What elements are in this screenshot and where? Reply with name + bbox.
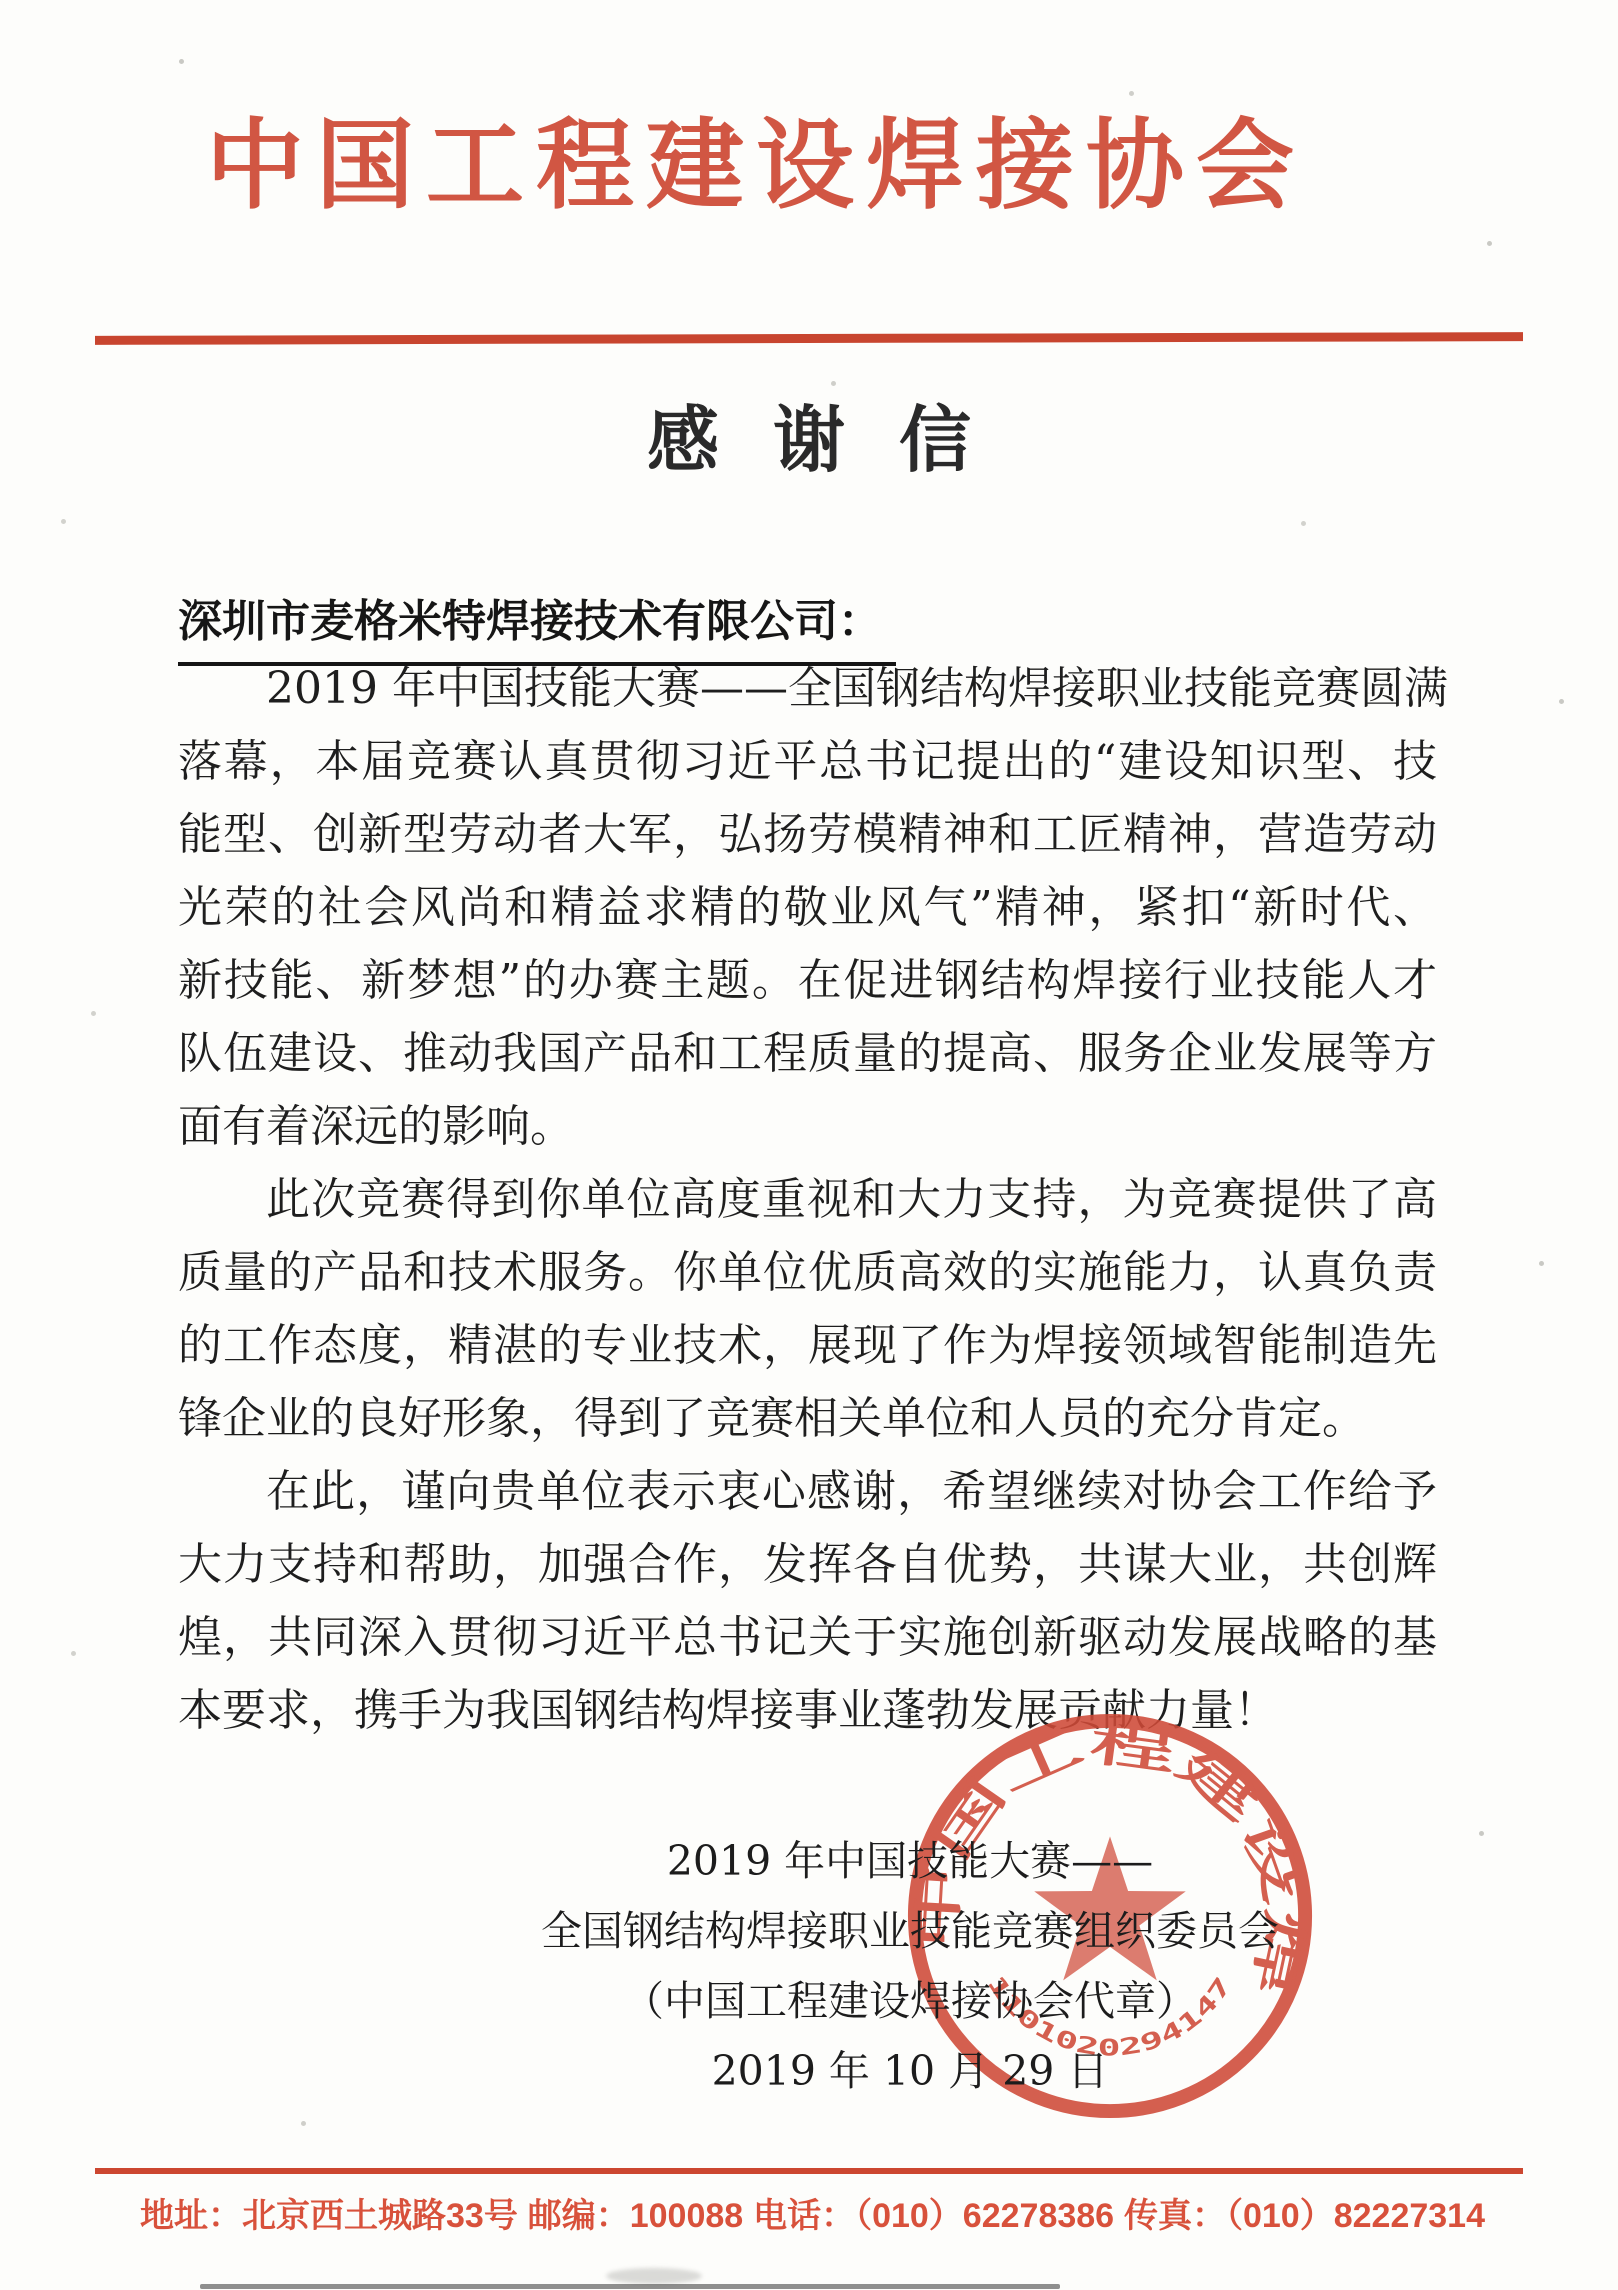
- body-line: 能型、创新型劳动者大军，弘扬劳模精神和工匠精神，营造劳动: [178, 798, 1437, 871]
- body-line: 在此，谨向贵单位表示衷心感谢，希望继续对协会工作给予: [178, 1455, 1437, 1528]
- signature-block: 2019 年中国技能大赛—— 全国钢结构焊接职业技能竞赛组织委员会 （中国工程建…: [400, 1826, 1420, 2106]
- letter-title: 感谢信: [0, 390, 1618, 490]
- body-line: 落幕，本届竞赛认真贯彻习近平总书记提出的“建设知识型、技: [178, 725, 1437, 798]
- scan-edge-artifact: [200, 2284, 1060, 2289]
- letterhead-divider-rule: [95, 332, 1523, 345]
- body-line: 此次竞赛得到你单位高度重视和大力支持，为竞赛提供了高: [178, 1163, 1437, 1236]
- letter-title-text: 感谢信: [593, 390, 1025, 490]
- body-line: 大力支持和帮助，加强合作，发挥各自优势，共谋大业，共创辉: [178, 1528, 1437, 1601]
- body-line: 队伍建设、推动我国产品和工程质量的提高、服务企业发展等方: [178, 1017, 1437, 1090]
- footer-contact-bar: 地址：北京西土城路33号 邮编：100088 电话：（010）62278386 …: [140, 2196, 1485, 2236]
- signature-line-date: 2019 年 10 月 29 日: [400, 2036, 1420, 2106]
- footer-fax: 传真：（010）82227314: [1124, 2196, 1485, 2236]
- body-line: 锋企业的良好形象，得到了竞赛相关单位和人员的充分肯定。: [178, 1382, 1437, 1455]
- body-line: 新技能、新梦想”的办赛主题。在促进钢结构焊接行业技能人才: [178, 944, 1437, 1017]
- body-line: 2019 年中国技能大赛——全国钢结构焊接职业技能竞赛圆满: [178, 652, 1437, 725]
- footer-divider-rule: [95, 2168, 1523, 2174]
- scan-smudge: [606, 2268, 702, 2284]
- letter-body: 2019 年中国技能大赛——全国钢结构焊接职业技能竞赛圆满 落幕，本届竞赛认真贯…: [178, 652, 1437, 1747]
- footer-address: 地址：北京西土城路33号: [140, 2196, 518, 2236]
- signature-line-competition: 2019 年中国技能大赛——: [400, 1826, 1420, 1896]
- body-line: 面有着深远的影响。: [178, 1090, 1437, 1163]
- footer-postcode: 邮编：100088: [528, 2196, 743, 2236]
- signature-line-seal-note: （中国工程建设焊接协会代章）: [400, 1966, 1420, 2036]
- body-line: 光荣的社会风尚和精益求精的敬业风气”精神，紧扣“新时代、: [178, 871, 1437, 944]
- body-line: 煌，共同深入贯彻习近平总书记关于实施创新驱动发展战略的基: [178, 1601, 1437, 1674]
- footer-phone: 电话：（010）62278386: [753, 2196, 1114, 2236]
- body-line: 的工作态度，精湛的专业技术，展现了作为焊接领域智能制造先: [178, 1309, 1437, 1382]
- letterhead-org-name: 中国工程建设焊接协会: [0, 96, 1512, 236]
- signature-line-committee: 全国钢结构焊接职业技能竞赛组织委员会: [400, 1896, 1420, 1966]
- body-line: 质量的产品和技术服务。你单位优质高效的实施能力，认真负责: [178, 1236, 1437, 1309]
- scan-speckles: [0, 0, 3, 3]
